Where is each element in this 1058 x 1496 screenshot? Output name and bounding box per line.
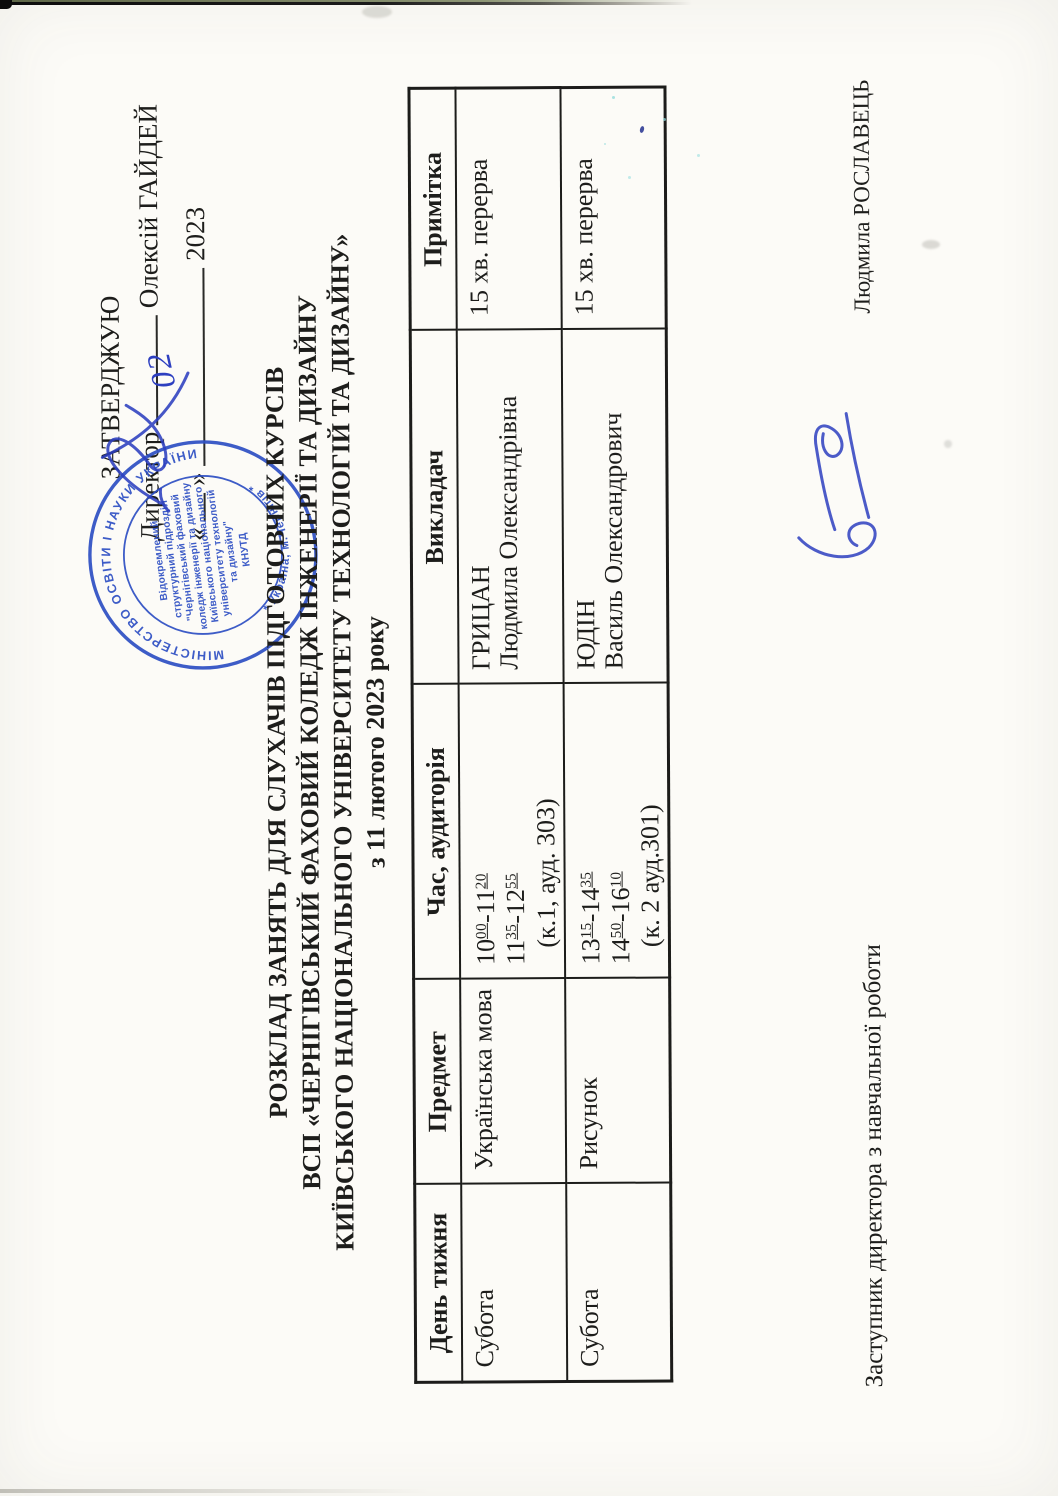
teacher-surname: ЮДІН	[570, 336, 600, 669]
table-row: Субота Рисунок 1315-1435 1450-1610 (к. 2…	[560, 87, 672, 1382]
time-line: 1450-1610	[602, 690, 634, 964]
scan-smudge	[922, 240, 940, 249]
scan-smudge	[944, 440, 952, 448]
cell-time: 1315-1435 1450-1610 (к. 2 ауд.301)	[563, 683, 670, 979]
director-signature	[94, 359, 200, 520]
deputy-position-label: Заступник директора з навчальної роботи	[859, 944, 889, 1387]
room-line: (к.1, ауд. 303)	[531, 691, 559, 965]
cell-time: 1000-1120 1135-1255 (к.1, ауд. 303)	[459, 684, 565, 980]
time-line: 1000-1120	[468, 691, 500, 965]
header-time: Час, аудиторія	[412, 684, 460, 979]
scan-speck	[697, 154, 700, 157]
year-label: 2023	[180, 207, 210, 261]
cell-teacher: ЮДІН Василь Олександрович	[561, 329, 668, 684]
scan-speck	[604, 143, 606, 145]
scan-speck	[663, 118, 666, 121]
cell-note: 15 хв. перерва	[560, 87, 666, 330]
header-subject: Предмет	[414, 979, 462, 1184]
document-title: РОЗКЛАД ЗАНЯТЬ ДЛЯ СЛУХАЧІВ ПІДГОТОВЧИХ …	[256, 0, 396, 1491]
header-day: День тижня	[415, 1184, 463, 1382]
scan-edge-line	[0, 2, 692, 5]
scan-speck	[612, 96, 615, 99]
title-line-4: з 11 лютого 2023 року	[355, 0, 396, 1490]
cell-subject: Рисунок	[565, 978, 671, 1184]
time-line: 1135-1255	[498, 691, 530, 965]
deputy-name: Людмила РОСЛАВЕЦЬ	[848, 80, 875, 314]
cell-note: 15 хв. перерва	[455, 88, 561, 331]
director-name: Олексій ГАЙДЕЙ	[133, 104, 164, 308]
cell-day: Субота	[461, 1184, 567, 1383]
cell-subject: Українська мова	[460, 979, 566, 1185]
schedule-table: День тижня Предмет Час, аудиторія Виклад…	[407, 86, 673, 1384]
deputy-signature	[788, 392, 889, 568]
teacher-name: Василь Олександрович	[598, 336, 628, 669]
rotated-page-content: ЗАТВЕРДЖУЮ Директор Олексій ГАЙДЕЙ « » 0…	[0, 0, 1058, 1492]
scan-smudge	[362, 6, 392, 18]
cell-teacher: ГРИЦАН Людмила Олександрівна	[457, 330, 563, 685]
teacher-name: Людмила Олександрівна	[494, 337, 524, 670]
scan-corner-mark	[0, 0, 12, 9]
table-header-row: День тижня Предмет Час, аудиторія Виклад…	[409, 88, 462, 1382]
scanned-schedule-document: ЗАТВЕРДЖУЮ Директор Олексій ГАЙДЕЙ « » 0…	[0, 0, 1058, 1496]
cell-day: Субота	[566, 1183, 672, 1382]
room-line: (к. 2 ауд.301)	[636, 690, 664, 964]
scan-speck	[628, 176, 631, 179]
header-note: Примітка	[409, 88, 457, 330]
table-row: Субота Українська мова 1000-1120 1135-12…	[455, 88, 566, 1383]
scan-edge-shadow	[0, 1489, 430, 1493]
stamp-center-line: КНУТД	[237, 531, 252, 567]
teacher-surname: ГРИЦАН	[466, 337, 496, 670]
time-line: 1315-1435	[572, 690, 604, 964]
header-teacher: Викладач	[410, 330, 458, 684]
